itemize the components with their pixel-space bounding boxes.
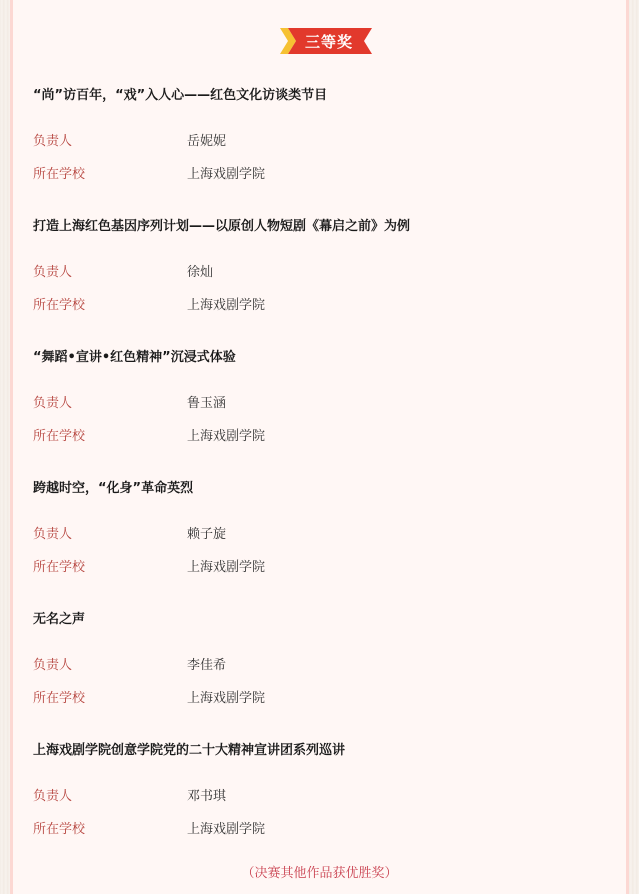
right-decorative-border [629,0,639,894]
entry-title: “尚”访百年，“戏”入人心——红色文化访谈类节目 [33,86,623,106]
school-value: 上海戏剧学院 [187,559,265,577]
school-label: 所在学校 [33,821,85,839]
entry-title: 上海戏剧学院创意学院党的二十大精神宣讲团系列巡讲 [33,741,623,761]
school-label: 所在学校 [33,559,85,577]
leader-label: 负责人 [33,788,72,806]
school-label: 所在学校 [33,166,85,184]
award-level-title: 三等奖 [280,25,372,57]
leader-label: 负责人 [33,395,72,413]
award-entry: “尚”访百年，“戏”入人心——红色文化访谈类节目 负责人 岳妮妮 所在学校 上海… [33,86,623,106]
leader-value: 徐灿 [187,264,213,282]
entry-title: 打造上海红色基因序列计划——以原创人物短剧《幕启之前》为例 [33,217,623,237]
award-entry: 无名之声 负责人 李佳希 所在学校 上海戏剧学院 [33,610,623,630]
leader-label: 负责人 [33,133,72,151]
school-value: 上海戏剧学院 [187,297,265,315]
entry-title: “舞蹈•宣讲•红色精神”沉浸式体验 [33,348,623,368]
leader-value: 岳妮妮 [187,133,226,151]
leader-label: 负责人 [33,657,72,675]
school-value: 上海戏剧学院 [187,690,265,708]
footer-note: （决赛其他作品获优胜奖） [13,862,626,881]
school-label: 所在学校 [33,297,85,315]
leader-value: 赖子旋 [187,526,226,544]
award-entry: 跨越时空，“化身”革命英烈 负责人 赖子旋 所在学校 上海戏剧学院 [33,479,623,499]
award-entry: 打造上海红色基因序列计划——以原创人物短剧《幕启之前》为例 负责人 徐灿 所在学… [33,217,623,237]
leader-label: 负责人 [33,264,72,282]
award-banner: 三等奖 [280,25,372,57]
award-list-page: 三等奖 “尚”访百年，“戏”入人心——红色文化访谈类节目 负责人 岳妮妮 所在学… [10,0,629,894]
award-entry: 上海戏剧学院创意学院党的二十大精神宣讲团系列巡讲 负责人 邓书琪 所在学校 上海… [33,741,623,761]
entry-title: 跨越时空，“化身”革命英烈 [33,479,623,499]
school-value: 上海戏剧学院 [187,821,265,839]
left-decorative-border [0,0,10,894]
school-value: 上海戏剧学院 [187,428,265,446]
leader-label: 负责人 [33,526,72,544]
leader-value: 邓书琪 [187,788,226,806]
leader-value: 李佳希 [187,657,226,675]
leader-value: 鲁玉涵 [187,395,226,413]
entry-title: 无名之声 [33,610,623,630]
school-label: 所在学校 [33,690,85,708]
award-entry: “舞蹈•宣讲•红色精神”沉浸式体验 负责人 鲁玉涵 所在学校 上海戏剧学院 [33,348,623,368]
school-label: 所在学校 [33,428,85,446]
school-value: 上海戏剧学院 [187,166,265,184]
